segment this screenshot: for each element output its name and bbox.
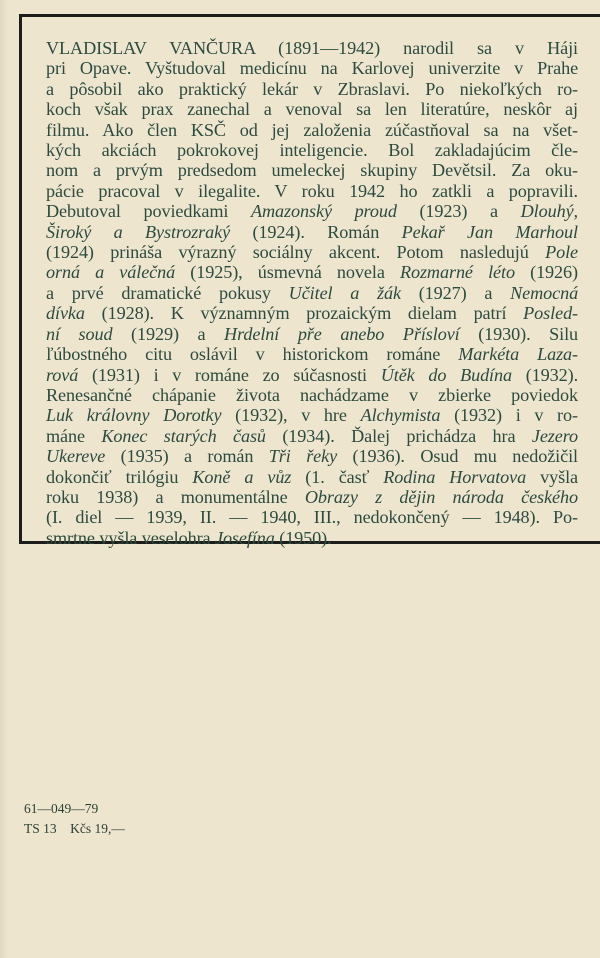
bio-word: (1932) (454, 405, 502, 425)
bio-word: (1926) (530, 262, 578, 282)
italic-title: Dorotky (163, 405, 221, 425)
bio-word: i (516, 405, 521, 425)
bio-word: a (264, 99, 272, 119)
bio-line: dokončiť trilógiu Koně a vůz (1. časť Ro… (46, 467, 578, 487)
bio-line: ní soud (1929) a Hrdelní pře anebo Přísl… (46, 324, 578, 344)
bio-word: časť (339, 467, 370, 487)
bio-word: — (115, 507, 133, 527)
bio-line: filmu. Ako člen KSČ od jej založenia zúč… (46, 120, 578, 140)
bio-word: akcent. (329, 242, 380, 262)
bio-word: na (512, 120, 529, 140)
bio-word: medicínu (240, 58, 307, 78)
italic-title: Laza- (537, 344, 578, 364)
italic-title: ní (46, 324, 60, 344)
imprint: 61—049—79 TS 13 Kčs 19,— (24, 799, 125, 839)
italic-title: anebo (340, 324, 384, 344)
bio-word: Osud (420, 446, 458, 466)
bio-word: román (207, 446, 253, 466)
italic-title: Pekař (402, 222, 445, 242)
bio-word: Vyštudoval (145, 58, 226, 78)
bio-word: praktický (179, 79, 247, 99)
bio-word: lekár (262, 79, 298, 99)
bio-line: máne Konec starých časů (1934). Ďalej pr… (46, 426, 578, 446)
bio-word: a (486, 181, 494, 201)
bio-word: roku (46, 487, 79, 507)
bio-word: od (240, 120, 258, 140)
bio-line: dívka (1928). K významným prozaickým die… (46, 303, 578, 323)
bio-word: zo (263, 365, 280, 385)
bio-word: (1924) (46, 242, 94, 262)
bio-word: pracoval (98, 181, 160, 201)
bio-word: pri (46, 58, 66, 78)
bio-word: v (175, 181, 184, 201)
bio-word: koch (46, 99, 81, 119)
italic-title: žák (377, 283, 401, 303)
bio-word: venoval (285, 99, 342, 119)
bio-line: a prvé dramatické pokusy Učitel a žák (1… (46, 283, 578, 303)
bio-word: sociálny (253, 242, 313, 262)
italic-title: Posled- (523, 303, 578, 323)
bio-word: patrí (474, 303, 507, 323)
italic-title: Přísloví (403, 324, 460, 344)
author-biography: VLADISLAV VANČURA (1891—1942) narodil sa… (46, 38, 578, 548)
bio-word: Za (511, 160, 530, 180)
bio-word: všet- (543, 120, 578, 140)
italic-title: Učitel (289, 283, 333, 303)
bio-word: sa (356, 99, 371, 119)
italic-title: Luk (46, 405, 73, 425)
bio-word: hra (493, 426, 516, 446)
bio-word: historickom (283, 344, 369, 364)
bio-word: citu (145, 344, 172, 364)
bio-word: monumentálne (181, 487, 288, 507)
bio-word: Devětsil. (432, 160, 496, 180)
bio-word: Renesančné (46, 385, 132, 405)
italic-title: časů (233, 426, 266, 446)
bio-line: VLADISLAV VANČURA (1891—1942) narodil sa… (46, 38, 578, 58)
bio-word: (1936). (353, 446, 405, 466)
bio-word: života (236, 385, 280, 405)
bio-word: Po- (553, 507, 578, 527)
bio-word: smrtne (46, 528, 95, 548)
bio-line: Ukereve (1935) a román Tři řeky (1936). … (46, 446, 578, 466)
bio-word: neskôr (503, 99, 551, 119)
bio-word: aj (565, 99, 578, 119)
bio-word: a (184, 446, 192, 466)
bio-word: poviedok (511, 385, 578, 405)
bio-line: ľúbostného citu oslávil v historickom ro… (46, 344, 578, 364)
bio-word: zbierke (438, 385, 491, 405)
bio-word: v (409, 385, 418, 405)
bio-line: (1924) prináša výrazný sociálny akcent. … (46, 242, 578, 262)
bio-word: Karlovej (352, 58, 415, 78)
bio-word: ro- (557, 79, 578, 99)
bio-word: prichádza (406, 426, 476, 446)
italic-title: Konec (101, 426, 147, 446)
publication-code: 61—049—79 (24, 799, 125, 819)
italic-title: a (95, 262, 104, 282)
italic-title: Marhoul (515, 222, 578, 242)
bio-word: Opave. (80, 58, 131, 78)
bio-word: zatkli (432, 181, 472, 201)
italic-title: do (428, 365, 446, 385)
bio-word: 1938) (96, 487, 138, 507)
bio-word: v (514, 58, 523, 78)
bio-line: Široký a Bystrozraký (1924). Román Pekař… (46, 222, 578, 242)
bio-word: vyšla (540, 467, 578, 487)
bio-word: umeleckej (272, 160, 346, 180)
bio-word: mu (474, 446, 497, 466)
italic-title: Koně (192, 467, 230, 487)
italic-title: Alchymista (361, 405, 441, 425)
bio-word: diel (75, 507, 102, 527)
italic-title: Tři (269, 446, 291, 466)
bio-word: Ako (102, 120, 133, 140)
italic-title: a (350, 283, 359, 303)
bio-line: rová (1931) i v románe zo súčasnosti Útě… (46, 365, 578, 385)
italic-title: národa (453, 487, 504, 507)
bio-word: dramatické (121, 283, 201, 303)
bio-word: (1925), (190, 262, 242, 282)
bio-word: (1930). (478, 324, 530, 344)
italic-title: Obrazy (305, 487, 358, 507)
bio-word: sa (484, 120, 499, 140)
bio-line: smrtne vyšla veselohra Josefína (1950). (46, 528, 578, 548)
bio-line: Luk královny Dorotky (1932), v hre Alchy… (46, 405, 578, 425)
italic-title: Bystrozraký (145, 222, 230, 242)
bio-word: zanechal (187, 99, 250, 119)
bio-word: na (321, 58, 338, 78)
bio-word: (I. (46, 507, 62, 527)
price-line: TS 13 Kčs 19,— (24, 819, 125, 839)
bio-word: niekoľkých (460, 79, 542, 99)
bio-word: pôsobil (69, 79, 122, 99)
italic-title: Amazonský (251, 201, 332, 221)
bio-word: a (155, 487, 163, 507)
bio-word: roku (302, 181, 335, 201)
bio-word: nedokončený (354, 507, 450, 527)
bio-word: Potom (397, 242, 444, 262)
bio-word: VANČURA (169, 38, 255, 58)
italic-title: Josefína (215, 528, 275, 548)
bio-word: nasledujú (460, 242, 529, 262)
bio-word: ako (138, 79, 164, 99)
bio-word: nedožičil (512, 446, 578, 466)
bio-word: literatúre, (421, 99, 490, 119)
bio-word: prináša (110, 242, 162, 262)
bio-word: dielam (408, 303, 457, 323)
bio-word: významným (201, 303, 290, 323)
bio-line: koch však prax zanechal a venoval sa len… (46, 99, 578, 119)
bio-word: pokrokovej (177, 140, 259, 160)
bio-line: Renesančné chápanie života nachádzame v … (46, 385, 578, 405)
bio-word: II. (200, 507, 216, 527)
bio-word: máne (46, 426, 85, 446)
bio-line: orná a válečná (1925), úsmevná novela Ro… (46, 262, 578, 282)
bio-word: oslávil (190, 344, 238, 364)
bio-word: románe (386, 344, 440, 364)
bio-word: veselohra (142, 528, 211, 548)
bio-word: úsmevná (258, 262, 322, 282)
bio-word: prax (141, 99, 173, 119)
italic-title: vůz (267, 467, 291, 487)
bio-word: sa (477, 38, 492, 58)
italic-title: Horvatova (449, 467, 526, 487)
bio-word: Po (425, 79, 444, 99)
italic-title: Pole (545, 242, 578, 262)
bio-word: (1923) (419, 201, 467, 221)
bio-word: novela (337, 262, 385, 282)
bio-word: a (490, 201, 498, 221)
bio-line: (I. diel — 1939, II. — 1940, III., nedok… (46, 507, 578, 527)
bio-word: (1932), (235, 405, 287, 425)
bio-word: skupiny (360, 160, 417, 180)
page-edge (0, 0, 8, 958)
bio-line: kých akciách pokrokovej inteligencie. Bo… (46, 140, 578, 160)
italic-title: proud (355, 201, 397, 221)
italic-title: Rodina (383, 467, 435, 487)
bio-word: v (172, 365, 181, 385)
bio-word: v (534, 405, 543, 425)
bio-line: pácie pracoval v ilegalite. V roku 1942 … (46, 181, 578, 201)
bio-word: hre (324, 405, 347, 425)
bio-word: prozaickým (306, 303, 391, 323)
bio-word: predsedom (178, 160, 257, 180)
bio-word: a (46, 79, 54, 99)
bio-word: Román (327, 222, 379, 242)
bio-word: Debutoval (46, 201, 121, 221)
bio-word: ilegalite. (198, 181, 260, 201)
bio-word: jej (272, 120, 290, 140)
bio-word: čle- (551, 140, 578, 160)
bio-line: a pôsobil ako praktický lekár v Zbraslav… (46, 79, 578, 99)
bio-word: a (46, 283, 54, 303)
bio-word: (1891—1942) (278, 38, 380, 58)
bio-word: nachádzame (300, 385, 389, 405)
bio-line: nom a prvým predsedom umeleckej skupiny … (46, 160, 578, 180)
bio-word: v (515, 38, 524, 58)
bio-word: (1. (305, 467, 324, 487)
italic-title: dějin (399, 487, 435, 507)
bio-word: Háji (547, 38, 578, 58)
italic-title: rová (46, 365, 78, 385)
italic-title: Ukereve (46, 446, 105, 466)
italic-title: válečná (119, 262, 175, 282)
bio-word: románe (195, 365, 249, 385)
bio-word: — (462, 507, 480, 527)
italic-title: léto (488, 262, 515, 282)
bio-word: dokončiť (46, 467, 112, 487)
italic-title: pře (298, 324, 322, 344)
bio-word: ro- (557, 405, 578, 425)
bio-word: filmu. (46, 120, 89, 140)
bio-word: (1934). (282, 426, 334, 446)
bio-word: člen (147, 120, 177, 140)
bio-word: v (301, 405, 310, 425)
bio-word: len (385, 99, 407, 119)
italic-title: dívka (46, 303, 85, 323)
bio-word: a (198, 324, 206, 344)
bio-word: K (171, 303, 184, 323)
bio-word: chápanie (152, 385, 216, 405)
italic-title: Markéta (458, 344, 519, 364)
bio-line: pri Opave. Vyštudoval medicínu na Karlov… (46, 58, 578, 78)
italic-title: orná (46, 262, 80, 282)
bio-word: a (93, 160, 101, 180)
bio-word: Zbraslavi. (338, 79, 410, 99)
bio-word: inteligencie. (279, 140, 367, 160)
bio-word: popravili. (509, 181, 578, 201)
bio-word: akciách (102, 140, 157, 160)
bio-word: pácie (46, 181, 84, 201)
bio-word: pokusy (219, 283, 271, 303)
bio-word: nom (46, 160, 78, 180)
bio-word: 1940, (260, 507, 300, 527)
italic-title: a (244, 467, 253, 487)
italic-title: soud (79, 324, 113, 344)
italic-title: Jezero (532, 426, 578, 446)
bio-word: (1924). (252, 222, 304, 242)
bio-word: zakladajúcim (435, 140, 531, 160)
bio-word: Silu (549, 324, 578, 344)
bio-word: (1950). (279, 528, 331, 548)
bio-word: ho (400, 181, 418, 201)
bio-word: kých (46, 140, 81, 160)
bio-word: zúčastňoval (385, 120, 470, 140)
bio-line: roku 1938) a monumentálne Obrazy z dějin… (46, 487, 578, 507)
italic-title: z (375, 487, 382, 507)
bio-word: založenia (303, 120, 371, 140)
bio-word: (1927) (419, 283, 467, 303)
bio-word: Ďalej (351, 426, 390, 446)
bio-word: poviedkami (144, 201, 229, 221)
italic-title: Široký (46, 222, 91, 242)
italic-title: českého (521, 487, 578, 507)
bio-word: 1939, (146, 507, 186, 527)
bio-word: však (95, 99, 128, 119)
italic-title: Útěk (381, 365, 415, 385)
italic-title: a (114, 222, 123, 242)
bio-word: VLADISLAV (46, 38, 147, 58)
bio-word: 1948). (494, 507, 540, 527)
bio-word: (1935) (121, 446, 169, 466)
italic-title: Budína (460, 365, 512, 385)
bio-word: v (256, 344, 265, 364)
italic-title: starých (164, 426, 217, 446)
italic-title: Hrdelní (224, 324, 279, 344)
italic-title: Jan (467, 222, 493, 242)
italic-title: Rozmarné (400, 262, 473, 282)
bio-word: súčasnosti (293, 365, 367, 385)
bio-word: trilógiu (126, 467, 179, 487)
bio-word: III., (314, 507, 341, 527)
bio-word: i (154, 365, 159, 385)
bio-word: KSČ (191, 120, 226, 140)
bio-word: — (229, 507, 247, 527)
bio-word: a (484, 283, 492, 303)
bio-word: (1931) (92, 365, 140, 385)
bio-word: (1928). (102, 303, 154, 323)
italic-title: Dlouhý, (521, 201, 578, 221)
italic-title: Nemocná (510, 283, 578, 303)
bio-word: v (313, 79, 322, 99)
bio-line: Debutoval poviedkami Amazonský proud (19… (46, 201, 578, 221)
bio-word: prvé (72, 283, 104, 303)
bio-word: výrazný (178, 242, 236, 262)
bio-word: (1929) (131, 324, 179, 344)
bio-word: V (274, 181, 287, 201)
bio-word: ľúbostného (46, 344, 127, 364)
bio-word: Bol (388, 140, 414, 160)
bio-word: 1942 (349, 181, 385, 201)
bio-word: univerzite (428, 58, 500, 78)
bio-word: vyšla (99, 528, 137, 548)
italic-title: řeky (306, 446, 337, 466)
bio-word: oku- (545, 160, 578, 180)
bio-word: (1932). (526, 365, 578, 385)
bio-word: prvým (116, 160, 163, 180)
italic-title: královny (87, 405, 150, 425)
bio-word: Prahe (537, 58, 578, 78)
bio-word: narodil (403, 38, 454, 58)
